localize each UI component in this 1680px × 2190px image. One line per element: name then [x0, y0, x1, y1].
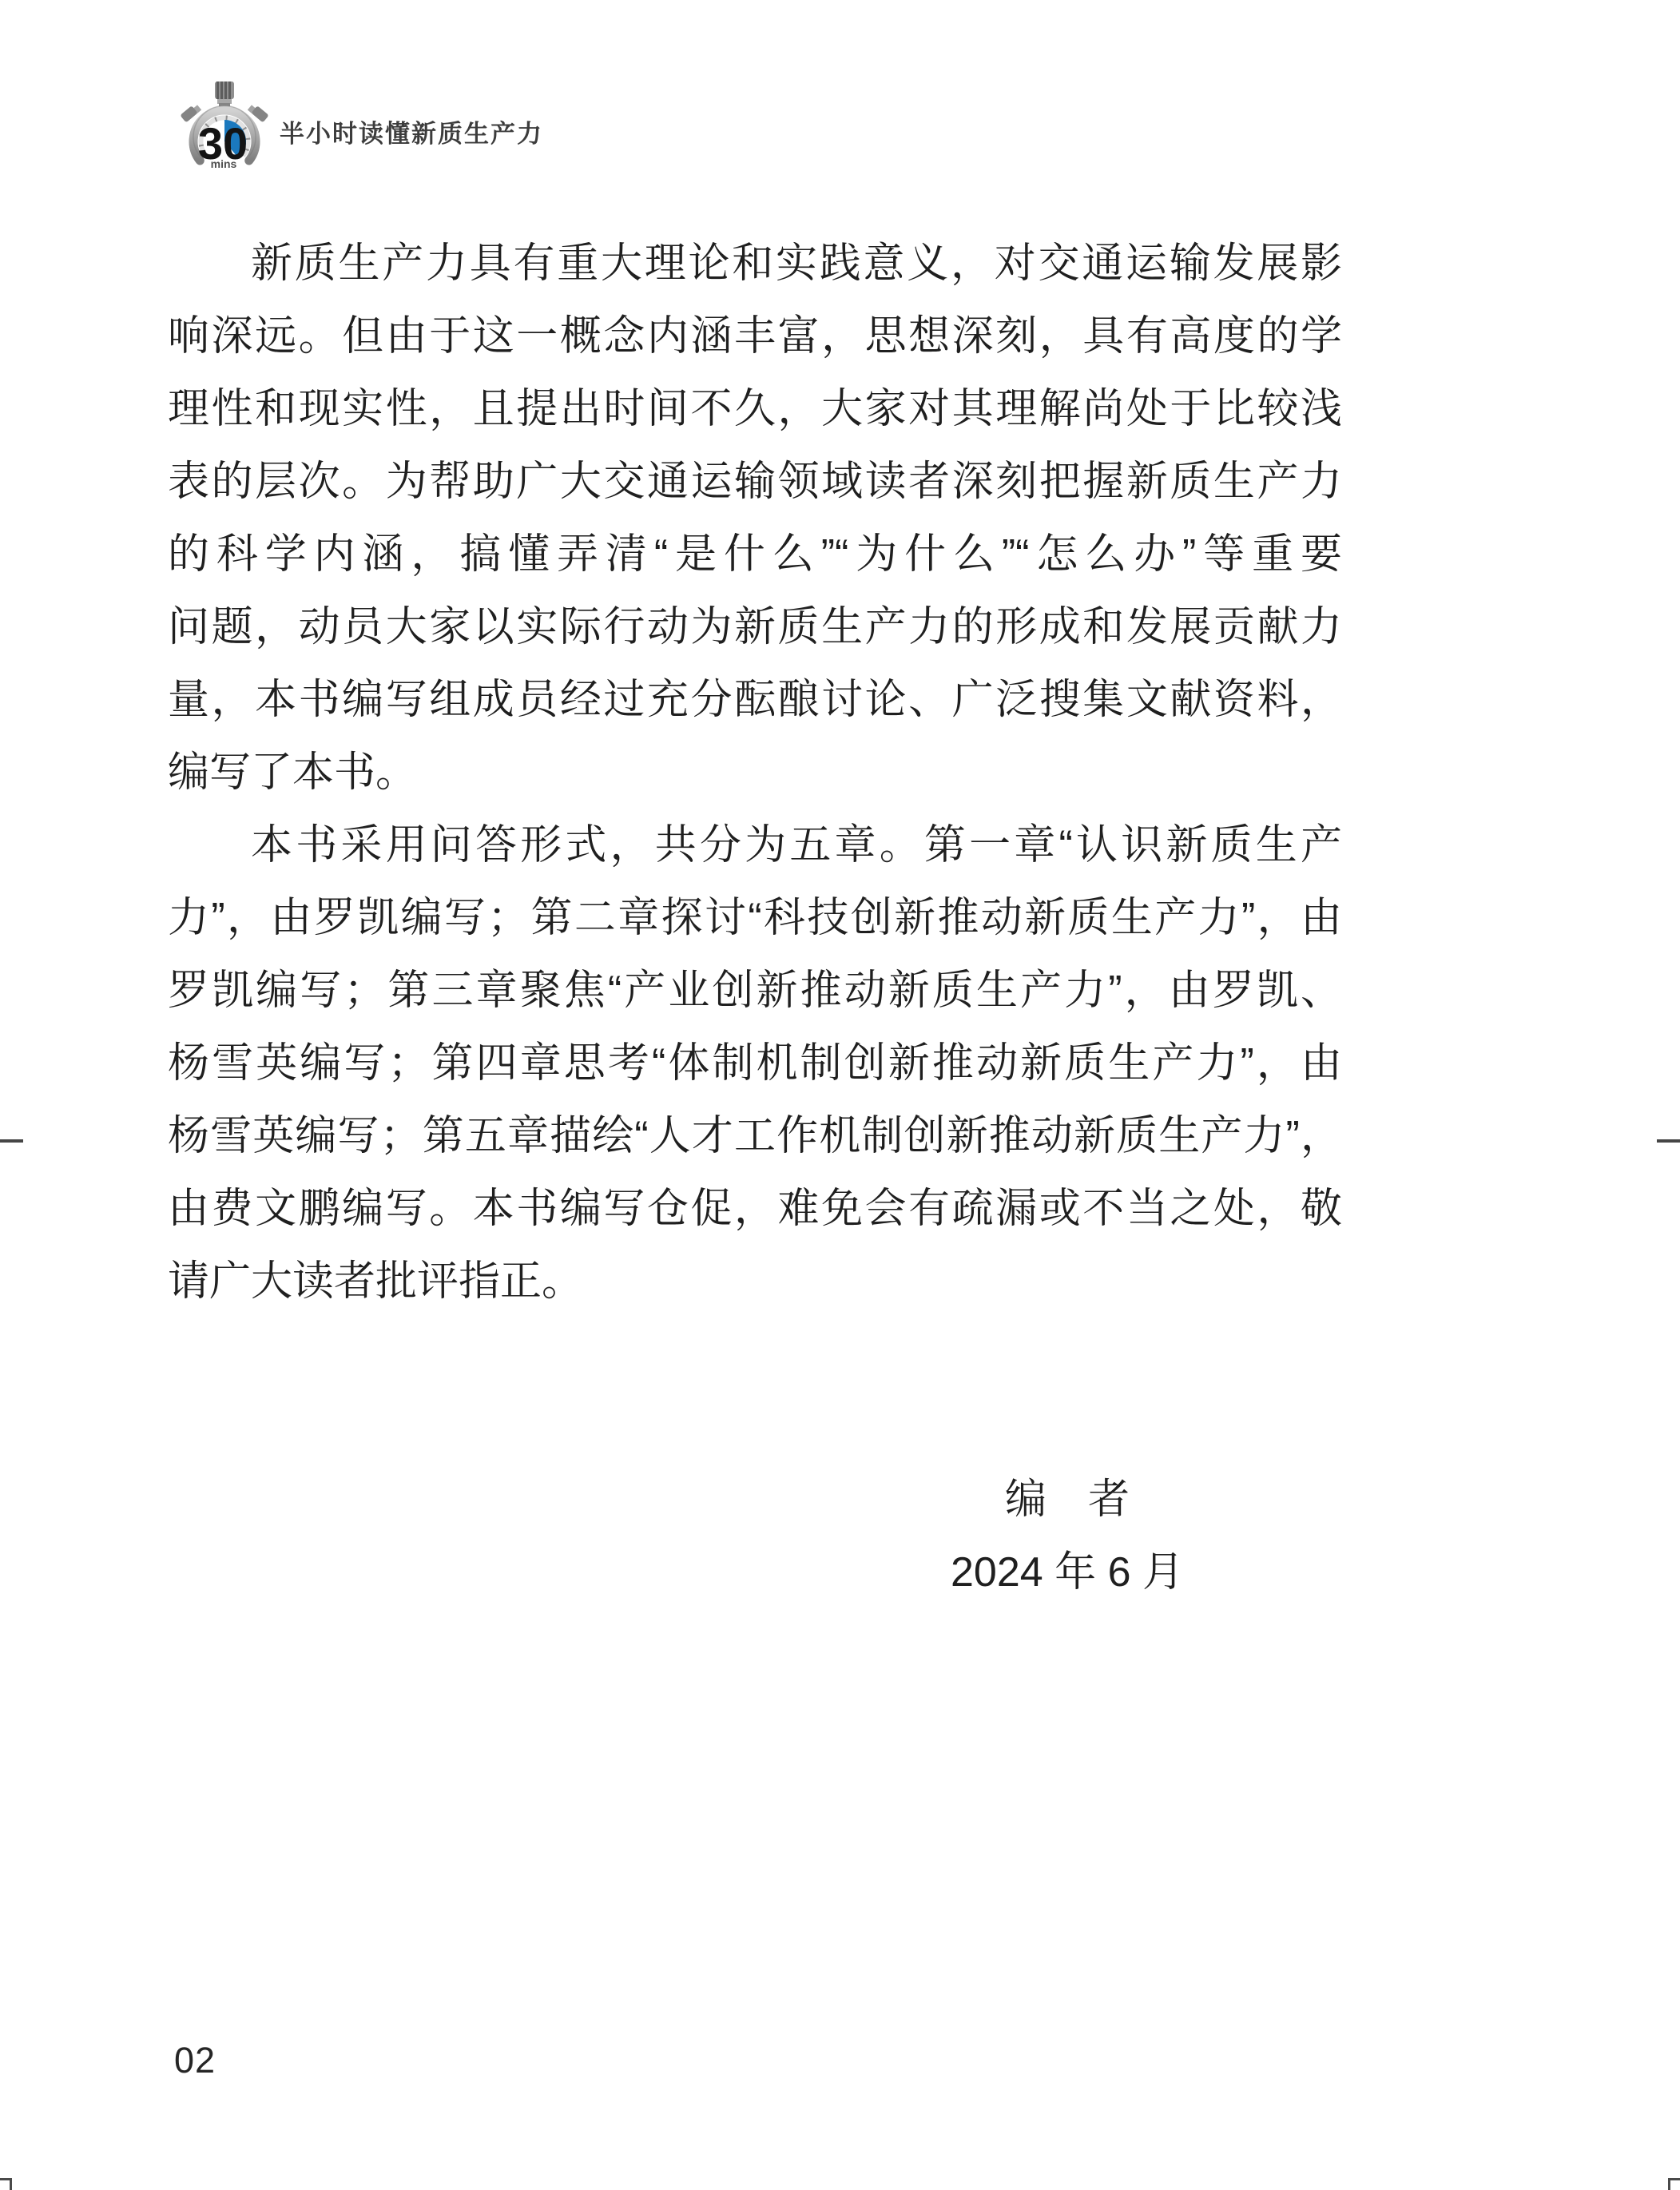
- text-line: 力”，由罗凯编写；第二章探讨“科技创新推动新质生产力”，由: [168, 882, 1342, 955]
- text-line: 罗凯编写；第三章聚焦“产业创新推动新质生产力”，由罗凯、: [168, 955, 1342, 1027]
- text-line: 量，本书编写组成员经过充分酝酿讨论、广泛搜集文献资料，: [168, 664, 1342, 737]
- stopwatch-30min-logo: 30 mins: [170, 77, 276, 171]
- left-trim-mark: [0, 1139, 23, 1143]
- text-line: 理性和现实性，且提出时间不久，大家对其理解尚处于比较浅: [168, 373, 1342, 446]
- text-line: 杨雪英编写；第五章描绘“人才工作机制创新推动新质生产力”，: [168, 1100, 1342, 1173]
- text-line: 问题，动员大家以实际行动为新质生产力的形成和发展贡献力: [168, 591, 1342, 664]
- signature-date: 2024 年 6 月: [828, 1536, 1307, 1609]
- text-line: 由费文鹏编写。本书编写仓促，难免会有疏漏或不当之处，敬: [168, 1173, 1342, 1246]
- page-number: 02: [174, 2042, 216, 2078]
- bottom-left-trim-corner-mark: [0, 2178, 12, 2190]
- book-page: 30 mins 半小时读懂新质生产力 新质生产力具有重大理论和实践意义，对交通运…: [0, 0, 1680, 2190]
- stopwatch-crown: [215, 81, 234, 108]
- text-line: 表的层次。为帮助广大交通运输领域读者深刻把握新质生产力: [168, 446, 1342, 519]
- text-line: 响深远。但由于这一概念内涵丰富，思想深刻，具有高度的学: [168, 300, 1342, 373]
- right-trim-mark: [1657, 1139, 1680, 1143]
- running-head-book-title: 半小时读懂新质生产力: [280, 120, 543, 149]
- text-line: 请广大读者批评指正。: [168, 1246, 1342, 1318]
- stopwatch-icon: 30 mins: [170, 77, 276, 171]
- text-line: 杨雪英编写；第四章思考“体制机制创新推动新质生产力”，由: [168, 1027, 1342, 1100]
- text-line: 本书采用问答形式，共分为五章。第一章“认识新质生产: [168, 809, 1342, 882]
- bottom-right-trim-corner-mark: [1668, 2178, 1680, 2190]
- logo-unit-text: mins: [211, 157, 237, 170]
- text-line: 编写了本书。: [168, 737, 1342, 809]
- signature-block: 编 者 2024 年 6 月: [828, 1464, 1307, 1609]
- body-text: 新质生产力具有重大理论和实践意义，对交通运输发展影响深远。但由于这一概念内涵丰富…: [168, 228, 1390, 1318]
- editor-signature: 编 者: [828, 1464, 1307, 1536]
- text-line: 新质生产力具有重大理论和实践意义，对交通运输发展影: [168, 228, 1342, 300]
- text-line: 的科学内涵，搞懂弄清“是什么”“为什么”“怎么办”等重要: [168, 519, 1342, 591]
